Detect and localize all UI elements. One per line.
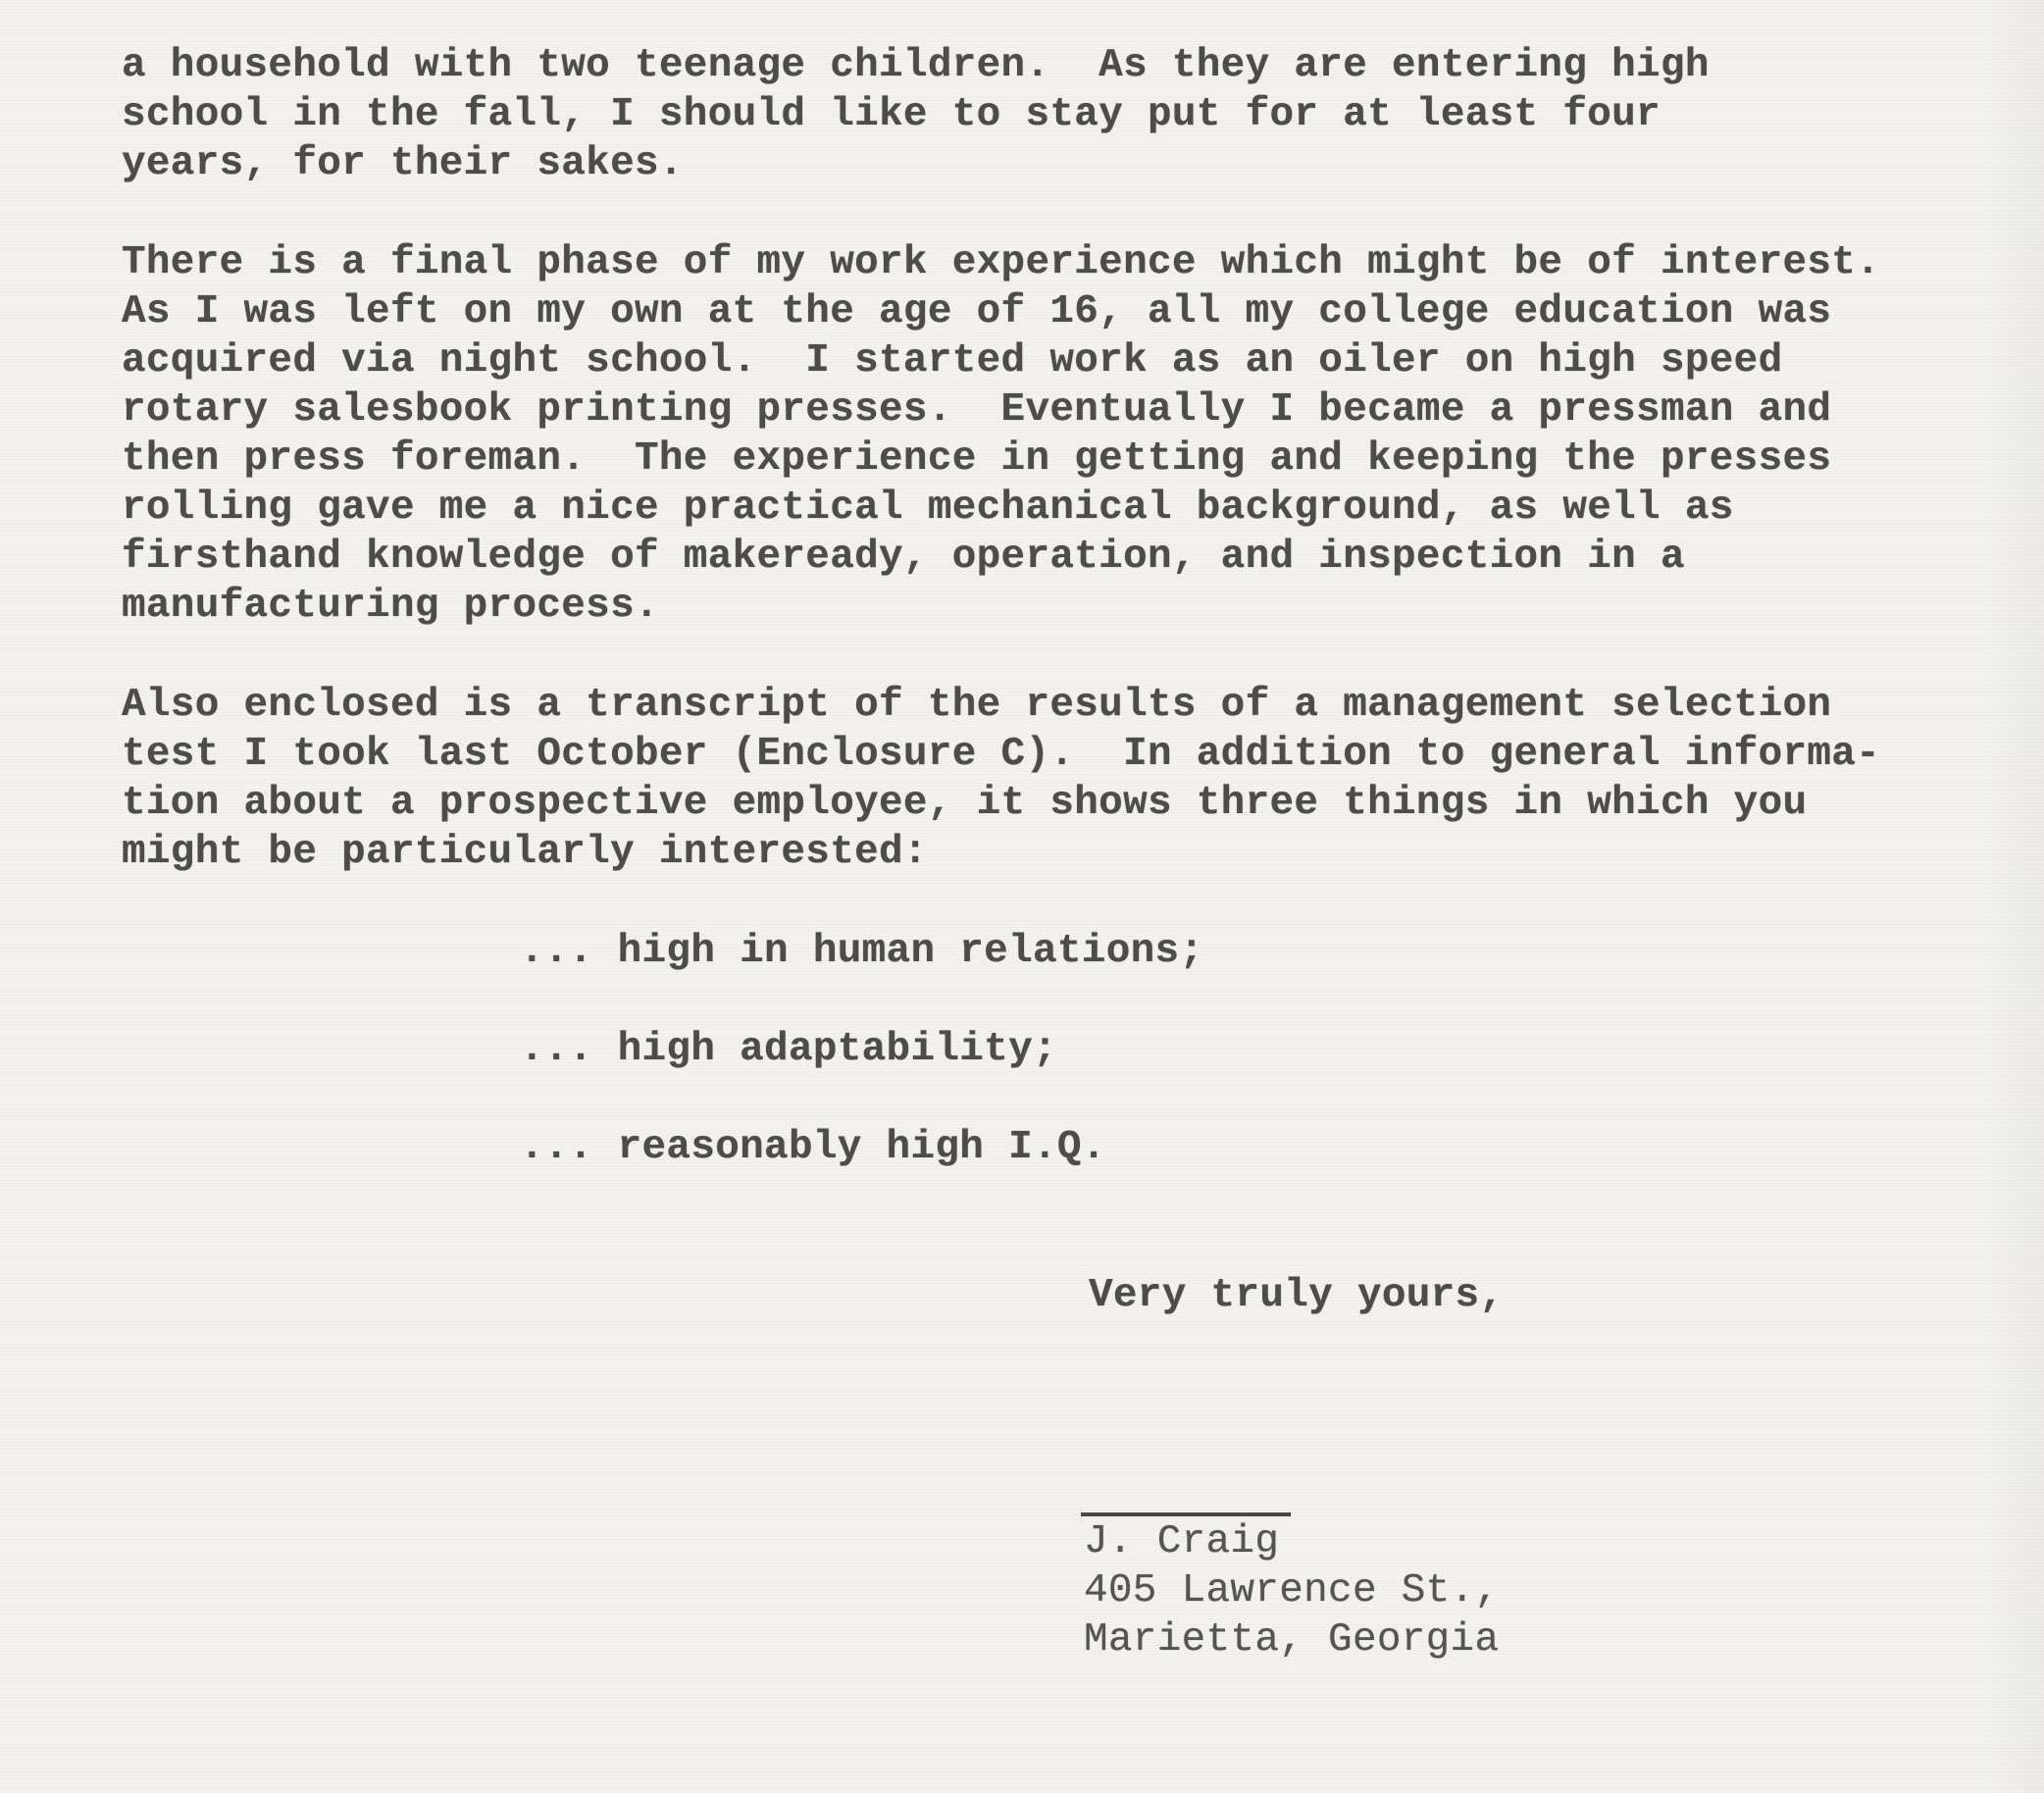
text-line: firsthand knowledge of makeready, operat… — [122, 533, 1685, 582]
signer-name: J. Craig — [1084, 1517, 1279, 1566]
paper-edge-shading — [1985, 0, 2044, 1793]
list-item: ... reasonably high I.Q. — [520, 1123, 1106, 1172]
signature-line — [1081, 1512, 1291, 1516]
text-line: tion about a prospective employee, it sh… — [122, 779, 1807, 828]
text-line: Also enclosed is a transcript of the res… — [122, 681, 1831, 730]
text-line: rolling gave me a nice practical mechani… — [122, 484, 1734, 533]
text-line: acquired via night school. I started wor… — [122, 336, 1782, 385]
list-item: ... high adaptability; — [520, 1025, 1057, 1074]
address-line-1: 405 Lawrence St., — [1084, 1566, 1499, 1615]
text-line: rotary salesbook printing presses. Event… — [122, 385, 1831, 435]
text-line: might be particularly interested: — [122, 828, 928, 877]
text-line: test I took last October (Enclosure C). … — [122, 730, 1880, 779]
text-line: then press foreman. The experience in ge… — [122, 435, 1831, 484]
closing-salutation: Very truly yours, — [1089, 1271, 1504, 1320]
letter-page: a household with two teenage children. A… — [0, 0, 2044, 1793]
text-line: school in the fall, I should like to sta… — [122, 90, 1661, 139]
list-item: ... high in human relations; — [520, 927, 1203, 976]
text-line: years, for their sakes. — [122, 139, 684, 188]
address-line-2: Marietta, Georgia — [1084, 1615, 1499, 1665]
text-line: As I was left on my own at the age of 16… — [122, 287, 1831, 336]
text-line: a household with two teenage children. A… — [122, 41, 1710, 90]
text-line: manufacturing process. — [122, 582, 659, 631]
text-line: There is a final phase of my work experi… — [122, 238, 1880, 287]
